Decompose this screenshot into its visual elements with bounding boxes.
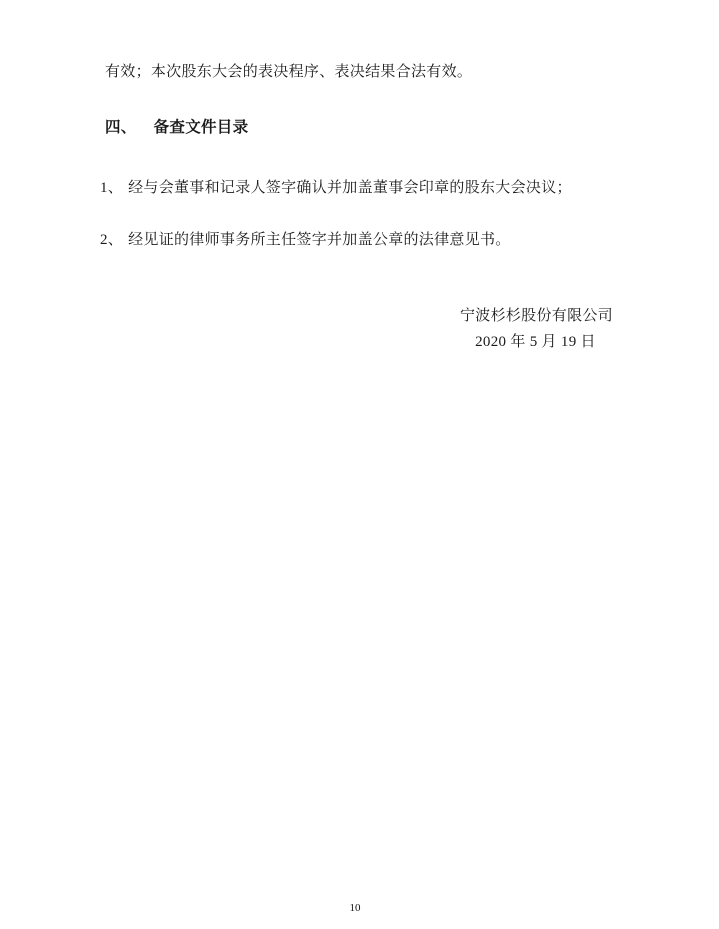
paragraph-intro: 有效；本次股东大会的表决程序、表决结果合法有效。 bbox=[105, 61, 472, 83]
section-heading-title: 备查文件目录 bbox=[154, 119, 249, 136]
section-heading-number: 四、 bbox=[105, 117, 137, 139]
list-item-1-number: 1、 bbox=[100, 177, 123, 199]
signature-date: 2020 年 5 月 19 日 bbox=[458, 329, 613, 355]
signature-company-name: 宁波杉杉股份有限公司 bbox=[458, 303, 613, 329]
signature-block: 宁波杉杉股份有限公司 2020 年 5 月 19 日 bbox=[458, 303, 613, 355]
list-item-1-text: 经与会董事和记录人签字确认并加盖董事会印章的股东大会决议； bbox=[128, 180, 572, 196]
page-number: 10 bbox=[0, 901, 710, 915]
list-item-2-text: 经见证的律师事务所主任签字并加盖公章的法律意见书。 bbox=[128, 232, 511, 248]
document-page: 有效；本次股东大会的表决程序、表决结果合法有效。 四、备查文件目录 1、经与会董… bbox=[0, 0, 719, 929]
list-item-1: 1、经与会董事和记录人签字确认并加盖董事会印章的股东大会决议； bbox=[100, 177, 572, 199]
list-item-2: 2、经见证的律师事务所主任签字并加盖公章的法律意见书。 bbox=[100, 229, 511, 251]
list-item-2-number: 2、 bbox=[100, 229, 123, 251]
section-heading: 四、备查文件目录 bbox=[105, 117, 248, 139]
